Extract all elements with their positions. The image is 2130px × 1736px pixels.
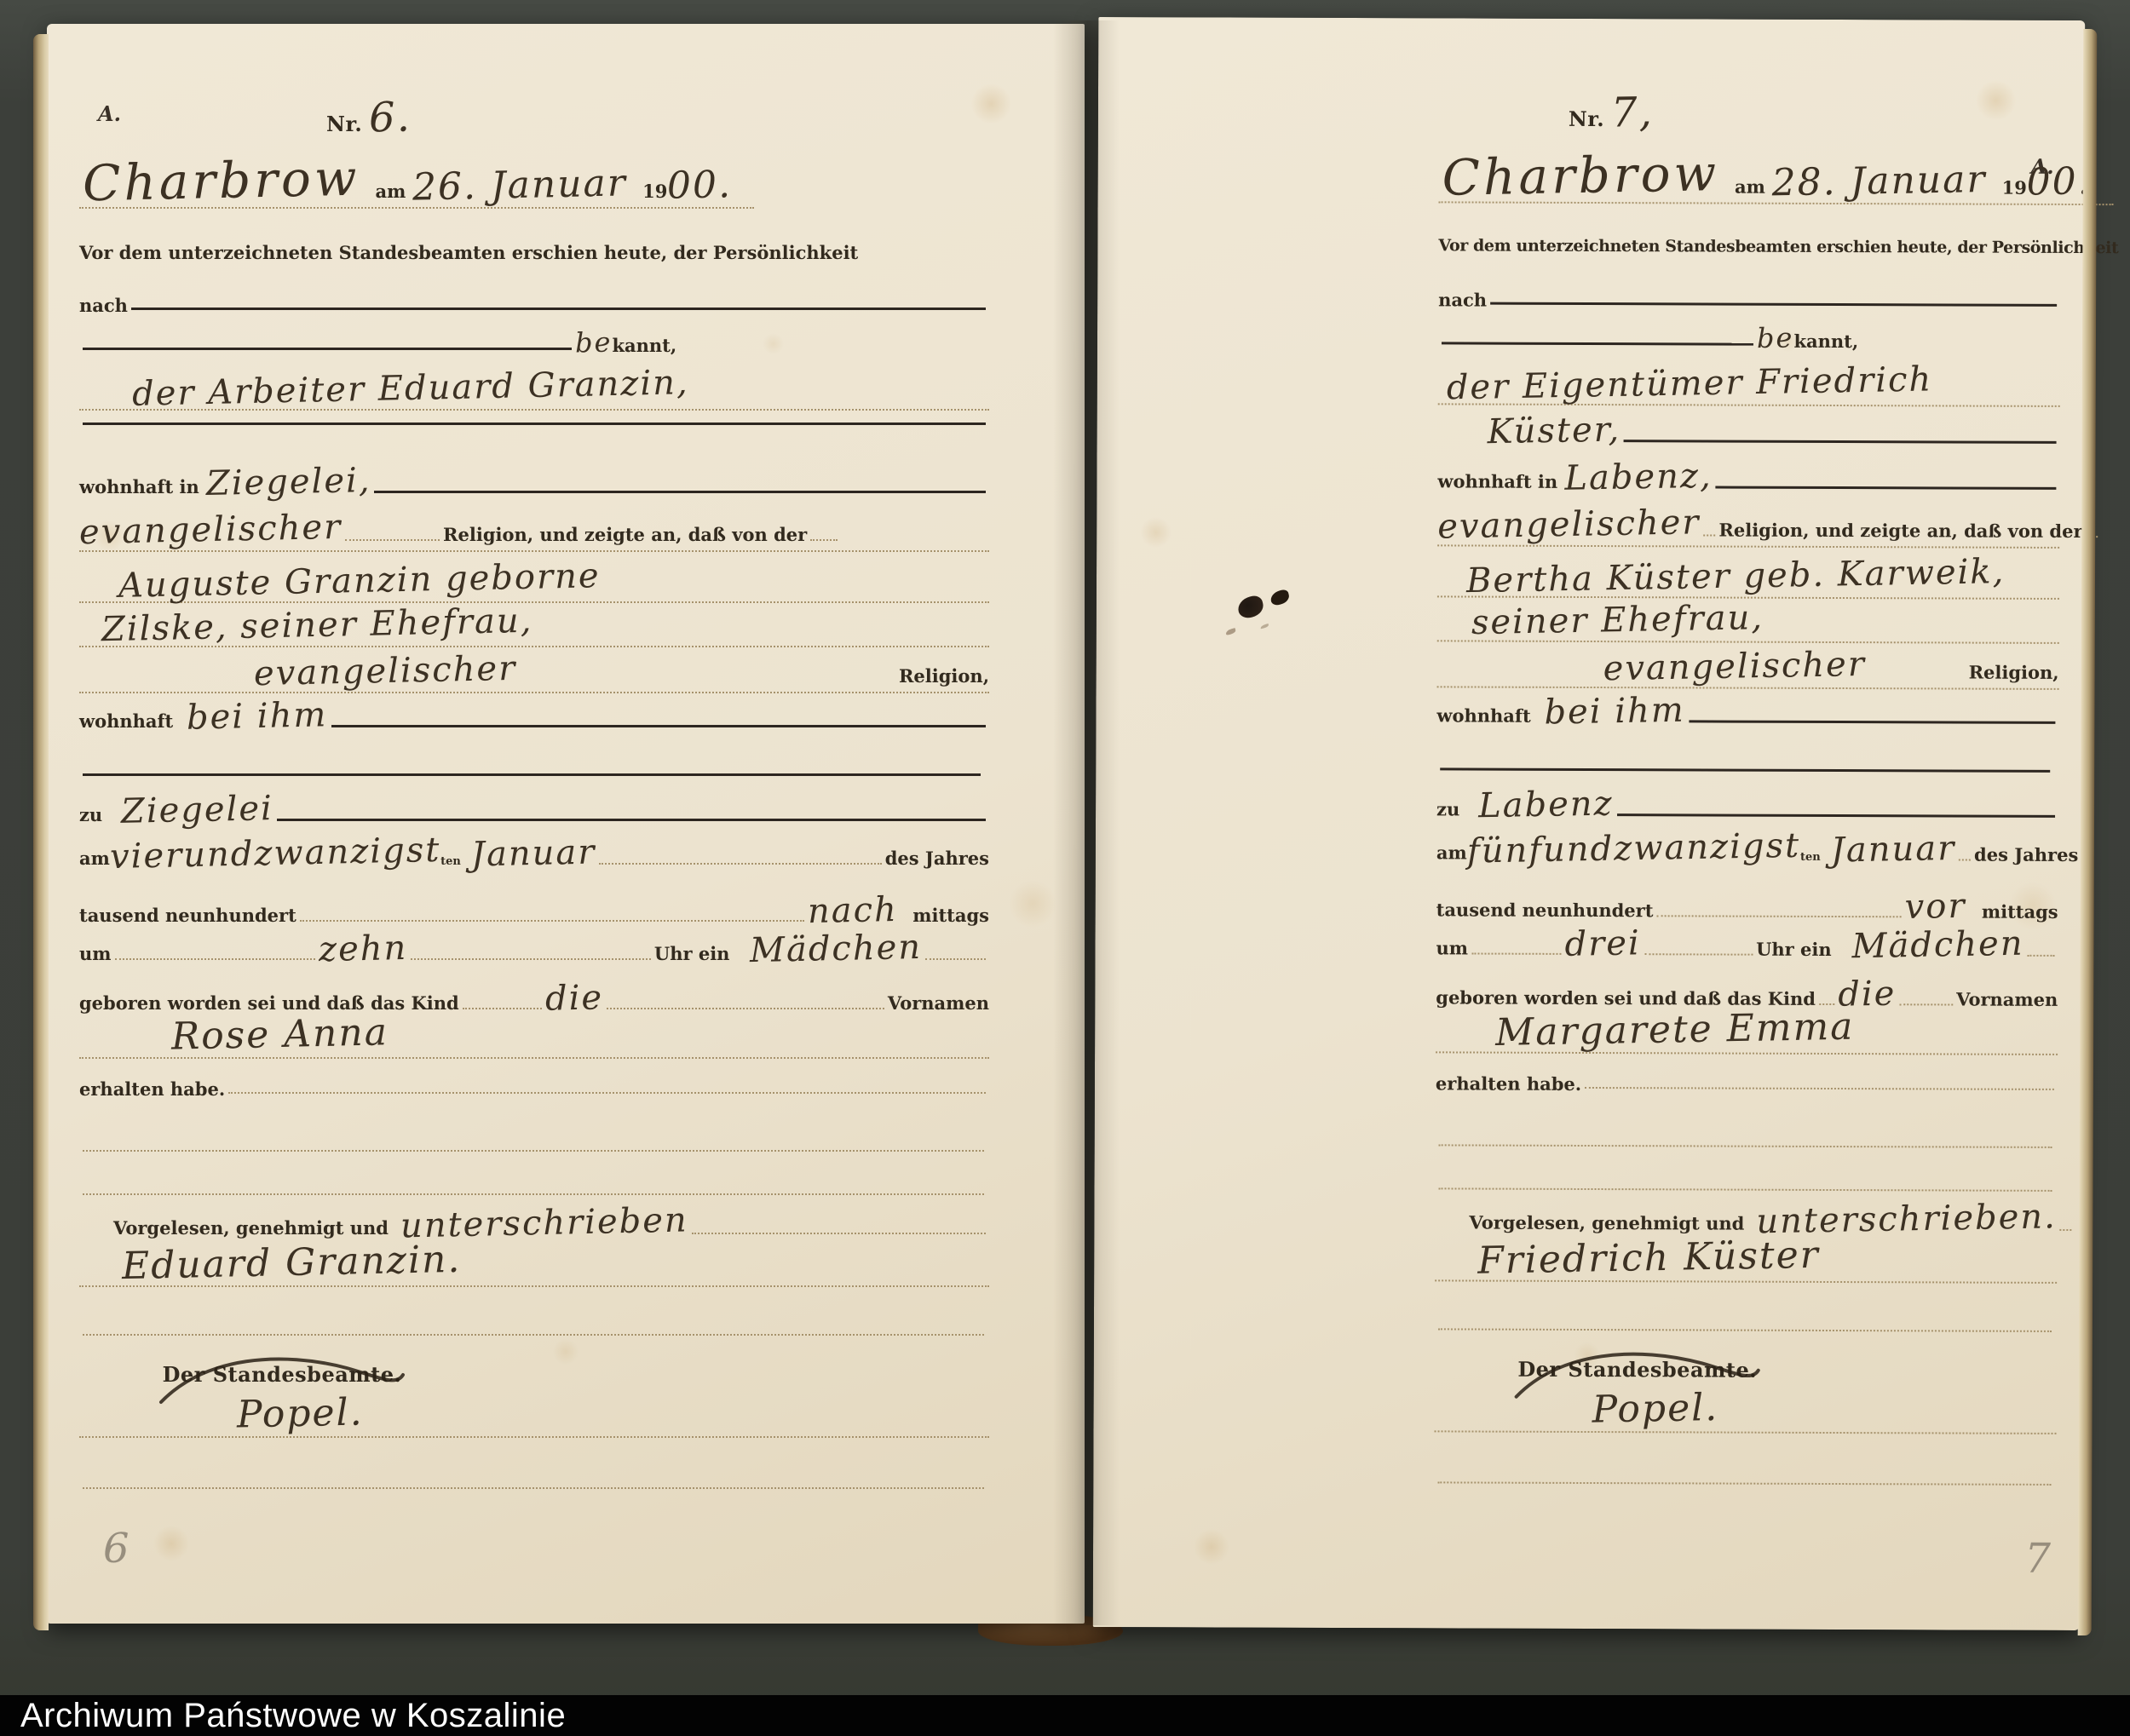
dotted-leader bbox=[300, 917, 804, 922]
ink-blot bbox=[1235, 594, 1265, 620]
religion-declarant-row: evangelischer Religion, und zeigte an, d… bbox=[79, 513, 989, 552]
dotted-leader bbox=[1656, 911, 1902, 917]
mother-row-1: Bertha Küster geb. Karweik, bbox=[1437, 558, 2059, 600]
nr-value: 7, bbox=[1611, 92, 1655, 134]
uhr-ein-label: Uhr ein bbox=[1756, 939, 1832, 960]
birth-month-value: Januar bbox=[1830, 831, 1955, 868]
ten-superscript: ten bbox=[440, 855, 461, 869]
child-name-row: Margarete Emma bbox=[1436, 1010, 2058, 1055]
nr-label: Nr. bbox=[326, 112, 362, 137]
blank-line bbox=[1617, 810, 2055, 818]
dotted-leader bbox=[692, 1229, 986, 1234]
birth-day-value: fünfundzwanzigst bbox=[1466, 829, 1800, 869]
religion-mother-value: evangelischer bbox=[254, 652, 517, 691]
year-row: tausend neunhundert nach mittags bbox=[79, 894, 989, 928]
dotted-leader bbox=[115, 955, 315, 960]
dotted-leader bbox=[1644, 950, 1753, 955]
document-photo: A. Nr. 6. Charbrow am 26. Januar 19 00. … bbox=[0, 0, 2130, 1736]
blank-line bbox=[1624, 436, 2057, 444]
section-rule bbox=[1440, 767, 2050, 772]
birthdate-row: am fünfundzwanzigst ten Januar des Jahre… bbox=[1436, 831, 2058, 867]
blank-dotted-line bbox=[83, 1487, 984, 1489]
blank-line bbox=[374, 487, 986, 493]
intro-text: Vor dem unterzeichneten Standesbeamten e… bbox=[1438, 236, 2118, 258]
um-label: um bbox=[1436, 937, 1468, 958]
mittags-label: mittags bbox=[1982, 901, 2058, 923]
dotted-leader bbox=[345, 536, 440, 541]
declarant-signature: Friedrich Küster bbox=[1477, 1237, 1820, 1280]
spacer bbox=[1862, 342, 2057, 347]
dotted-leader bbox=[1819, 1000, 1834, 1005]
bekannt-row: be kannt, bbox=[1438, 323, 2060, 353]
residence-row: wohnhaft in Ziegelei, bbox=[79, 465, 989, 499]
zu-label: zu bbox=[1436, 798, 1459, 819]
declarant-line2: Küster, bbox=[1487, 412, 1621, 449]
registrar-signature: Popel. bbox=[1592, 1389, 1718, 1429]
residence-row: wohnhaft in Labenz, bbox=[1437, 459, 2059, 496]
am-label: am bbox=[375, 181, 406, 202]
wohnhaft-value: bei ihm bbox=[1544, 693, 1685, 730]
blank-dotted-line bbox=[83, 1150, 984, 1152]
am2-label: am bbox=[1436, 842, 1467, 863]
des-jahres-label: des Jahres bbox=[1974, 844, 2078, 866]
year-row: tausend neunhundert vor mittags bbox=[1436, 888, 2058, 924]
vornamen-label: Vornamen bbox=[888, 992, 989, 1014]
register-page-left: A. Nr. 6. Charbrow am 26. Januar 19 00. … bbox=[47, 24, 1085, 1624]
nach-row: nach bbox=[79, 295, 989, 316]
birthplace-value: Labenz bbox=[1478, 786, 1614, 823]
record-number: Nr. 6. bbox=[326, 97, 412, 138]
dotted-leader bbox=[411, 955, 651, 960]
blank-dotted-line bbox=[1438, 1328, 2052, 1332]
year-prefix: 19 bbox=[642, 181, 667, 202]
des-jahres-label: des Jahres bbox=[885, 848, 989, 869]
nach-row: nach bbox=[1438, 289, 2060, 313]
place-date-line: Charbrow am 26. Januar 19 00. bbox=[79, 156, 754, 209]
religion-mother-value: evangelischer bbox=[1603, 647, 1866, 686]
birth-day-value: vierundzwanzigst bbox=[109, 833, 440, 874]
child-name-value: Margarete Emma bbox=[1495, 1009, 1855, 1052]
wohnhaft-in-label: wohnhaft in bbox=[79, 476, 199, 497]
registrar-row: Der Standesbeamte. bbox=[1435, 1357, 2057, 1394]
nach-label: nach bbox=[79, 295, 128, 316]
blank-dotted-line bbox=[1439, 1187, 2052, 1192]
dotted-leader bbox=[2028, 951, 2055, 957]
wohnhaft-row: wohnhaft bei ihm bbox=[1436, 693, 2058, 730]
spacer bbox=[680, 347, 986, 350]
blank-line bbox=[331, 721, 986, 727]
mother-line2: Zilske, seiner Ehefrau, bbox=[101, 604, 533, 647]
dotted-leader bbox=[810, 536, 838, 541]
be-script: be bbox=[575, 329, 613, 357]
blank-line bbox=[1715, 483, 2056, 490]
geboren-label: geboren worden sei und daß das Kind bbox=[79, 992, 459, 1014]
date-value: 28. Januar bbox=[1772, 161, 1988, 202]
declarant-row-2 bbox=[79, 419, 989, 431]
intro-row: Vor dem unterzeichneten Standesbeamten e… bbox=[1438, 236, 2060, 257]
mother-row-1: Auguste Granzin geborne bbox=[79, 564, 989, 603]
die-script: die bbox=[544, 980, 603, 1015]
declarant-signature-row: Eduard Granzin. bbox=[79, 1245, 989, 1287]
erhalten-label: erhalten habe. bbox=[79, 1078, 225, 1100]
birthplace-row: zu Ziegelei bbox=[79, 793, 989, 827]
page-content: Nr. 6. Charbrow am 26. Januar 19 00. Vor… bbox=[79, 75, 989, 1608]
registrar-row: Der Standesbeamte. bbox=[79, 1363, 989, 1397]
geboren-row: geboren worden sei und daß das Kind die … bbox=[79, 981, 989, 1015]
standesbeamte-label: Der Standesbeamte. bbox=[1517, 1358, 1757, 1383]
am-label: am bbox=[1735, 176, 1765, 198]
section-rule bbox=[83, 773, 981, 776]
place-date-row: Charbrow am 26. Januar 19 00. bbox=[79, 156, 989, 209]
tausend-label: tausend neunhundert bbox=[79, 905, 296, 926]
religion-zeigte-label: Religion, und zeigte an, daß von der bbox=[443, 524, 807, 545]
vorgelesen-label: Vorgelesen, genehmigt und bbox=[113, 1217, 389, 1239]
declarant-row-1: der Arbeiter Eduard Granzin, bbox=[79, 371, 989, 411]
place-date-line: Charbrow am 28. Januar 19 00. bbox=[1439, 150, 2115, 205]
year-prefix: 19 bbox=[2002, 177, 2027, 198]
religion-declarant-value: evangelischer bbox=[79, 510, 343, 549]
birth-month-value: Januar bbox=[470, 835, 596, 871]
mother-row-2: Zilske, seiner Ehefrau, bbox=[79, 608, 989, 647]
nr-value: 6. bbox=[369, 96, 412, 138]
pencil-page-number: 7 bbox=[2024, 1535, 2051, 1583]
kannt-label: kannt, bbox=[612, 335, 676, 356]
dotted-leader bbox=[925, 955, 986, 960]
wohnhaft-label: wohnhaft bbox=[1436, 704, 1530, 727]
standesbeamte-label: Der Standesbeamte. bbox=[163, 1363, 402, 1388]
child-sex-value: Mädchen bbox=[1851, 927, 2024, 964]
dotted-leader bbox=[463, 1004, 542, 1009]
blank-line bbox=[83, 344, 572, 350]
zu-label: zu bbox=[79, 804, 102, 825]
kannt-label: kannt, bbox=[1793, 331, 1858, 352]
blank-line bbox=[277, 815, 986, 821]
registrar-signature-row: Popel. bbox=[79, 1395, 989, 1438]
place-value: Charbrow bbox=[82, 153, 360, 209]
hour-value: zehn bbox=[318, 931, 407, 967]
dotted-leader bbox=[1471, 950, 1562, 955]
dotted-leader bbox=[599, 859, 882, 865]
residence-value: Ziegelei, bbox=[205, 463, 371, 501]
declarant-row-1: der Eigentümer Friedrich bbox=[1438, 365, 2060, 407]
ten-superscript: ten bbox=[1800, 851, 1821, 865]
registrar-signature: Popel. bbox=[237, 1394, 364, 1434]
religion-label: Religion, bbox=[1969, 662, 2059, 684]
bekannt-row: be kannt, bbox=[79, 329, 989, 356]
hour-value: drei bbox=[1565, 926, 1642, 962]
religion-declarant-row: evangelischer Religion, und zeigte an, d… bbox=[1437, 507, 2059, 549]
blank-line bbox=[1490, 299, 2057, 307]
vornamen-label: Vornamen bbox=[1956, 989, 2058, 1011]
birthdate-row: am vierundzwanzigst ten Januar des Jahre… bbox=[79, 836, 989, 871]
declarant-signature: Eduard Granzin. bbox=[122, 1241, 462, 1285]
erhalten-label: erhalten habe. bbox=[1436, 1072, 1581, 1095]
declarant-signature-row: Friedrich Küster bbox=[1435, 1239, 2057, 1284]
residence-value: Labenz, bbox=[1564, 459, 1713, 496]
religion-zeigte-label: Religion, und zeigte an, daß von der bbox=[1718, 520, 2082, 543]
mother-row-2: seiner Ehefrau, bbox=[1437, 602, 2059, 644]
vorgelesen-row: Vorgelesen, genehmigt und unterschrieben… bbox=[1435, 1200, 2057, 1237]
blank-dotted-line bbox=[83, 1193, 984, 1195]
um-label: um bbox=[79, 943, 112, 964]
mother-line2: seiner Ehefrau, bbox=[1471, 601, 1764, 640]
religion-declarant-value: evangelischer bbox=[1437, 505, 1701, 543]
child-name-row: Rose Anna bbox=[79, 1016, 989, 1059]
vorgelesen-row: Vorgelesen, genehmigt und unterschrieben bbox=[79, 1206, 989, 1240]
dotted-leader bbox=[1959, 856, 1971, 861]
blank-line bbox=[131, 304, 986, 310]
dotted-leader bbox=[607, 1004, 884, 1009]
birthplace-value: Ziegelei bbox=[121, 791, 274, 829]
record-number: Nr. 7, bbox=[1569, 92, 1654, 133]
mother-line1: Auguste Granzin geborne bbox=[118, 559, 601, 603]
blank-line bbox=[1689, 716, 2056, 724]
erhalten-row: erhalten habe. bbox=[79, 1078, 989, 1100]
nach-label: nach bbox=[1438, 289, 1487, 310]
tausend-label: tausend neunhundert bbox=[1436, 899, 1654, 921]
dotted-leader bbox=[2060, 1226, 2072, 1231]
child-name-value: Rose Anna bbox=[171, 1014, 389, 1055]
meridiem-value: nach bbox=[807, 893, 898, 928]
intro-text: Vor dem unterzeichneten Standesbeamten e… bbox=[79, 242, 858, 263]
intro-row: Vor dem unterzeichneten Standesbeamten e… bbox=[79, 242, 989, 263]
year-value: 00. bbox=[667, 166, 733, 205]
place-value: Charbrow bbox=[1442, 148, 1719, 203]
pencil-page-number: 6 bbox=[103, 1525, 130, 1572]
archive-watermark-text: Archiwum Państwowe w Koszalinie bbox=[20, 1697, 566, 1735]
hour-row: um drei Uhr ein Mädchen bbox=[1436, 926, 2058, 963]
register-page-right: A. Nr. 7, Charbrow am 28. Januar 19 00. … bbox=[1093, 17, 2086, 1630]
religion-label: Religion, bbox=[899, 665, 989, 687]
erhalten-row: erhalten habe. bbox=[1436, 1072, 2058, 1096]
child-sex-value: Mädchen bbox=[750, 930, 923, 968]
declarant-line1: der Eigentümer Friedrich bbox=[1446, 362, 1932, 405]
dotted-leader bbox=[228, 1089, 986, 1094]
religion-mother-row: evangelischer Religion, bbox=[1437, 648, 2059, 690]
vorgelesen-label: Vorgelesen, genehmigt und bbox=[1469, 1212, 1744, 1234]
blank-dotted-line bbox=[83, 1334, 984, 1336]
blank-line bbox=[83, 419, 986, 425]
date-value: 26. Januar bbox=[412, 164, 628, 206]
archive-watermark-bar: Archiwum Państwowe w Koszalinie bbox=[0, 1695, 2130, 1736]
be-script: be bbox=[1757, 324, 1794, 352]
am2-label: am bbox=[79, 848, 110, 869]
blank-dotted-line bbox=[1439, 1144, 2052, 1148]
blank-dotted-line bbox=[1437, 1481, 2051, 1486]
mittags-label: mittags bbox=[912, 905, 989, 926]
declarant-row-2: Küster, bbox=[1438, 413, 2060, 450]
dotted-leader bbox=[2087, 532, 2098, 537]
place-date-row: Charbrow am 28. Januar 19 00. bbox=[1439, 150, 2061, 205]
dotted-leader bbox=[1899, 1000, 1953, 1005]
declarant-line1: der Arbeiter Eduard Granzin, bbox=[132, 365, 689, 411]
hour-row: um zehn Uhr ein Mädchen bbox=[79, 932, 989, 966]
wohnhaft-row: wohnhaft bei ihm bbox=[79, 699, 989, 733]
page-content: Nr. 7, Charbrow am 28. Januar 19 00. Vor… bbox=[1434, 69, 2061, 1605]
mother-line1: Bertha Küster geb. Karweik, bbox=[1466, 555, 2006, 598]
blank-line bbox=[1442, 339, 1753, 346]
birthplace-row: zu Labenz bbox=[1436, 787, 2058, 824]
year-value: 00. bbox=[2027, 163, 2093, 201]
registrar-signature-row: Popel. bbox=[1435, 1389, 2057, 1434]
wohnhaft-value: bei ihm bbox=[187, 698, 328, 734]
meridiem-value: vor bbox=[1905, 889, 1966, 924]
religion-mother-row: evangelischer Religion, bbox=[79, 654, 989, 693]
dotted-leader bbox=[1703, 531, 1715, 536]
dotted-leader bbox=[1585, 1084, 2054, 1090]
uhr-ein-label: Uhr ein bbox=[654, 943, 730, 964]
nr-label: Nr. bbox=[1569, 107, 1604, 132]
wohnhaft-label: wohnhaft bbox=[79, 710, 173, 732]
wohnhaft-in-label: wohnhaft in bbox=[1437, 470, 1557, 492]
